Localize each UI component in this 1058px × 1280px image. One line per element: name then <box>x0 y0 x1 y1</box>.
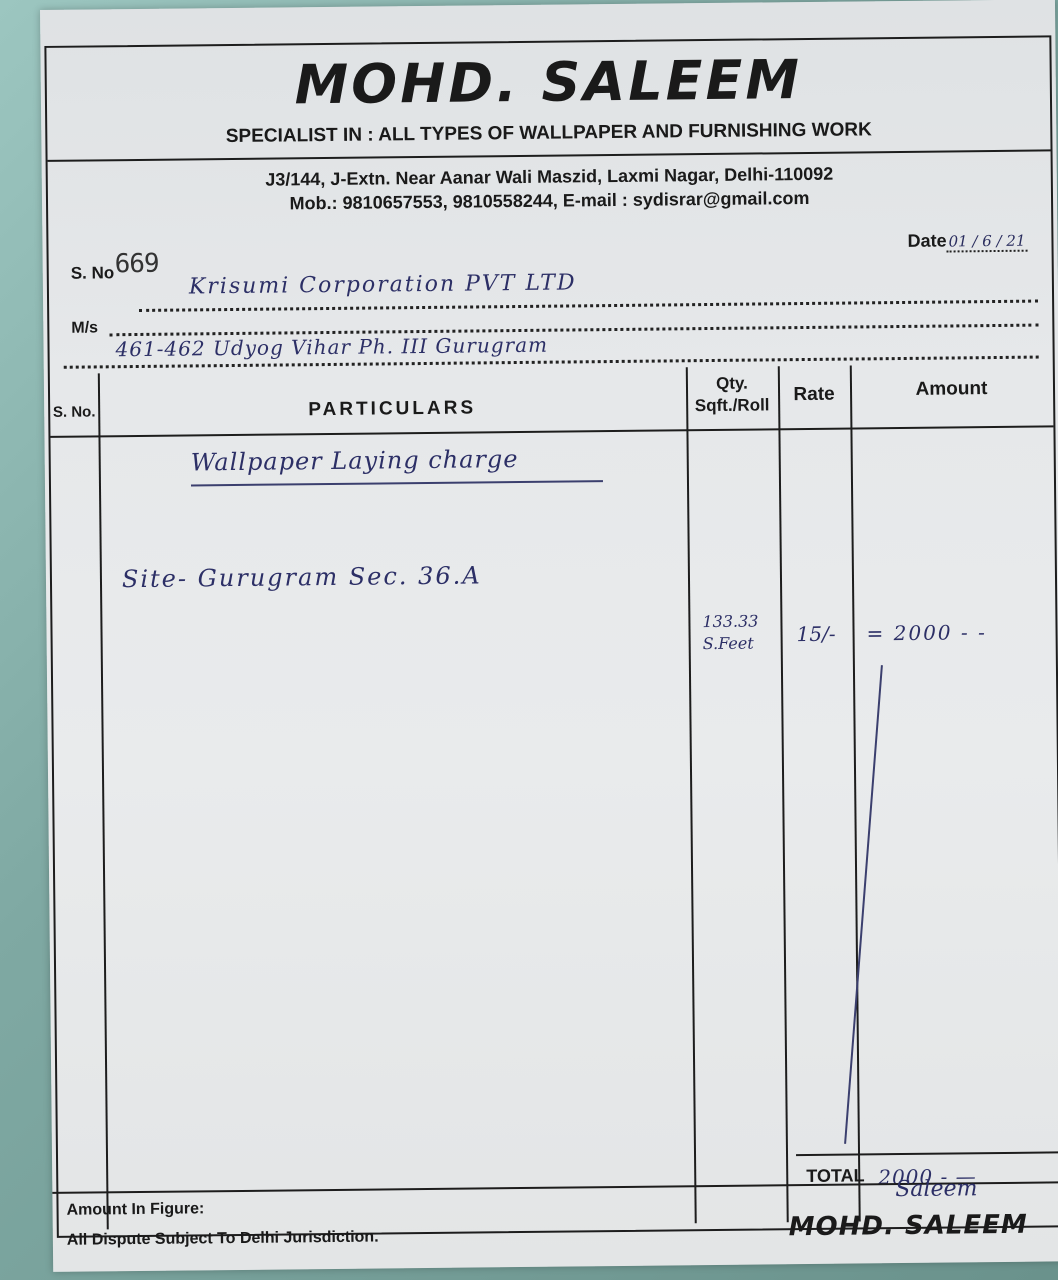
header-amount: Amount <box>850 377 1053 401</box>
item-underline <box>191 480 603 486</box>
column-divider <box>778 366 789 1222</box>
bill-document: MOHD. SALEEM SPECIALIST IN : ALL TYPES O… <box>40 0 1058 1272</box>
business-name: MOHD. SALEEM <box>46 45 1050 118</box>
column-divider <box>686 367 697 1223</box>
header-divider <box>50 425 1053 438</box>
header-particulars: PARTICULARS <box>98 395 686 423</box>
date-value: 01 / 6 / 21 <box>946 232 1027 253</box>
serial-number: 669 <box>115 249 159 279</box>
item-qty-unit: S.Feet <box>703 633 759 656</box>
particulars-table: S. No. PARTICULARS Qty. Sqft./Roll Rate … <box>50 363 1058 1229</box>
total-divider <box>796 1151 1058 1156</box>
strike-line <box>844 665 883 1144</box>
item-particulars: Wallpaper Laying charge <box>191 445 519 476</box>
amount-in-figure-label: Amount In Figure: <box>66 1200 204 1219</box>
column-divider <box>850 366 861 1222</box>
header-qty-line2: Sqft./Roll <box>686 394 778 417</box>
dotted-line <box>109 324 1038 337</box>
signature: Saleem <box>895 1176 977 1202</box>
jurisdiction-note: All Dispute Subject To Delhi Jurisdictio… <box>67 1229 379 1250</box>
ms-label: M/s <box>71 319 98 337</box>
item-rate: 15/- <box>796 622 835 646</box>
header-qty: Qty. Sqft./Roll <box>686 372 778 417</box>
item-site: Site- Gurugram Sec. 36.A <box>122 561 482 593</box>
date-field: Date01 / 6 / 21 <box>907 230 1027 252</box>
header-sno: S. No. <box>50 403 98 421</box>
header-qty-line1: Qty. <box>686 372 778 395</box>
serial-label: S. No <box>71 263 115 283</box>
party-address: 461-462 Udyog Vihar Ph. III Gurugram <box>115 333 548 362</box>
business-address: J3/144, J-Extn. Near Aanar Wali Maszid, … <box>48 159 1051 218</box>
header-rate: Rate <box>778 384 850 407</box>
bill-frame: MOHD. SALEEM SPECIALIST IN : ALL TYPES O… <box>44 35 1058 1237</box>
item-qty: 133.33 S.Feet <box>702 611 758 656</box>
item-amount: = 2000 - - <box>866 620 986 645</box>
signatory-name: MOHD. SALEEM <box>789 1210 1028 1243</box>
specialist-line: SPECIALIST IN : ALL TYPES OF WALLPAPER A… <box>47 117 1050 150</box>
item-qty-value: 133.33 <box>702 611 758 634</box>
party-name: Krisumi Corporation PVT LTD <box>189 270 577 299</box>
dotted-line <box>139 300 1038 312</box>
column-divider <box>98 373 109 1229</box>
date-label: Date <box>907 231 946 251</box>
